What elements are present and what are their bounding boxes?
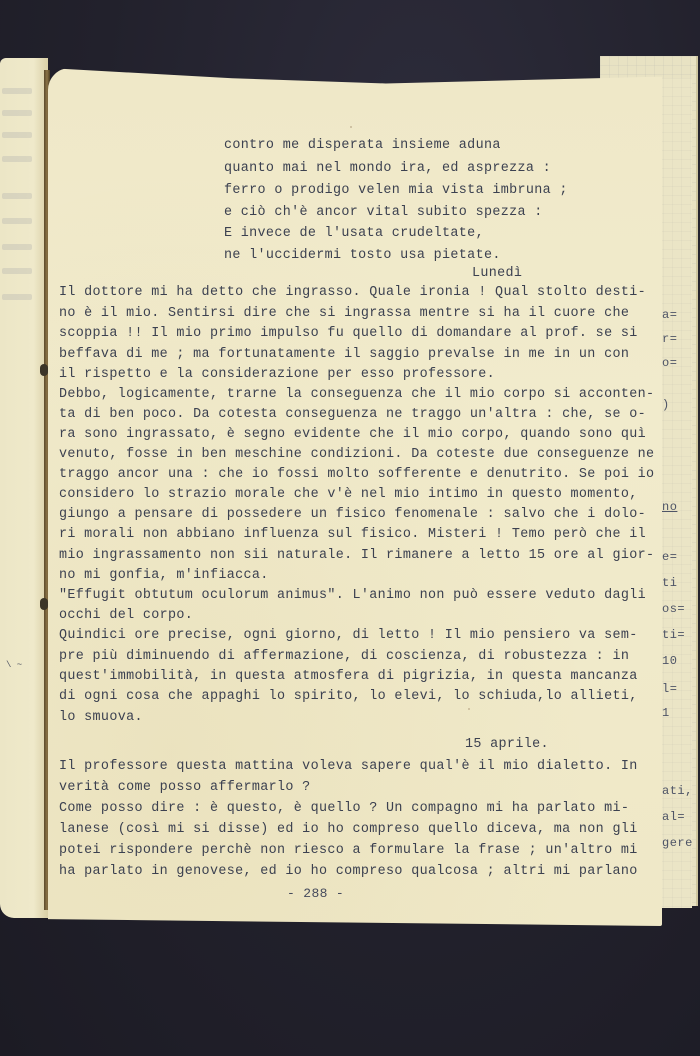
next-page-fragment: ati,	[662, 784, 693, 798]
body-line: ta di ben poco. Da cotesta conseguenza n…	[59, 408, 646, 421]
next-page-fragment: os=	[662, 602, 685, 616]
body-line: giungo a pensare di possedere un fisico …	[59, 508, 646, 521]
next-page-fragment: e=	[662, 550, 677, 564]
next-page-fragment: gere	[662, 836, 693, 850]
next-page-fragment: al=	[662, 810, 685, 824]
body-line: traggo ancor una : che io fossi molto so…	[59, 468, 654, 481]
next-page-fragment: l=	[662, 682, 677, 696]
poem-line: E invece de l'usata crudeltate,	[224, 227, 484, 240]
next-page-fragment: 10	[662, 654, 677, 668]
body-line: Debbo, logicamente, trarne la conseguenz…	[59, 388, 654, 401]
body-line: Il dottore mi ha detto che ingrasso. Qua…	[59, 286, 646, 299]
next-page-fragment: a=	[662, 308, 677, 322]
body-line: ha parlato in genovese, ed io ho compres…	[59, 865, 638, 878]
next-page-fragment: ti	[662, 576, 677, 590]
body-line: scoppia !! Il mio primo impulso fu quell…	[59, 327, 638, 340]
body-line: Il professore questa mattina voleva sape…	[59, 760, 638, 773]
next-page-fragment: no	[662, 500, 677, 514]
body-line: beffava di me ; ma fortunatamente il sag…	[59, 348, 629, 361]
binding-hole	[40, 364, 48, 376]
body-line: pre più diminuendo di affermazione, di c…	[59, 650, 629, 663]
body-line: "Effugit obtutum oculorum animus". L'ani…	[59, 589, 646, 602]
entry-date: 15 aprile.	[465, 738, 549, 751]
body-line: Come posso dire : è questo, è quello ? U…	[59, 802, 629, 815]
body-line: di ogni cosa che appaghi lo spirito, lo …	[59, 690, 638, 703]
body-line: considero lo strazio morale che v'è nel …	[59, 488, 638, 501]
body-line: occhi del corpo.	[59, 609, 193, 622]
poem-line: e ciò ch'è ancor vital subito spezza :	[224, 206, 543, 219]
binding-hole	[40, 598, 48, 610]
next-page-fragment: ti=	[662, 628, 685, 642]
body-line: lanese (così mi si disse) ed io ho compr…	[59, 823, 638, 836]
body-line: no mi gonfia, m'infiacca.	[59, 569, 269, 582]
body-line: potei rispondere perchè non riesco a for…	[59, 844, 638, 857]
poem-line: ferro o prodigo velen mia vista imbruna …	[224, 184, 568, 197]
body-line: verità come posso affermarlo ?	[59, 781, 311, 794]
body-line: ra sono ingrassato, è segno evidente che…	[59, 428, 646, 441]
previous-page-edge	[0, 58, 48, 918]
poem-line: contro me disperata insieme aduna	[224, 139, 501, 152]
entry-date: Lunedì	[472, 267, 522, 280]
body-line: mio ingrassamento non sii naturale. Il r…	[59, 549, 654, 562]
body-line: ri morali non abbiano influenza sul fisi…	[59, 528, 646, 541]
next-page-fragment: )	[662, 398, 670, 412]
poem-line: ne l'uccidermi tosto usa pietate.	[224, 249, 501, 262]
margin-mark: \ ~	[6, 660, 22, 670]
scan-scene: a= r= o= ) no e= ti os= ti= 10 l= 1 ati,…	[0, 0, 700, 1056]
body-line: Quindici ore precise, ogni giorno, di le…	[59, 629, 638, 642]
body-line: quest'immobilità, in questa atmosfera di…	[59, 670, 638, 683]
body-line: il rispetto e la considerazione per esso…	[59, 368, 495, 381]
poem-line: quanto mai nel mondo ira, ed asprezza :	[224, 162, 551, 175]
page-number: - 288 -	[287, 887, 344, 900]
body-line: lo smuova.	[59, 711, 143, 724]
next-page-fragment: 1	[662, 706, 670, 720]
next-page-fragment: o=	[662, 356, 677, 370]
body-line: no è il mio. Sentirsi dire che si ingras…	[59, 307, 629, 320]
body-line: venuto, fosse in ben meschine condizioni…	[59, 448, 654, 461]
next-page-fragment: r=	[662, 332, 677, 346]
